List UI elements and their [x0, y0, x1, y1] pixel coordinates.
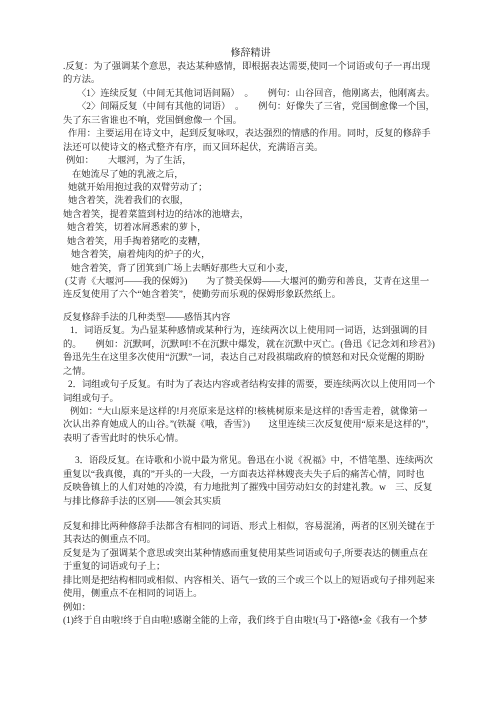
text-line: 反复修辞手法的几种类型——感悟其内容: [63, 312, 438, 325]
text-line: 1．词语反复。为凸显某种感情或某种行为，连续两次以上使用同一词语，达到强调的目: [63, 325, 438, 338]
text-line: 例如：“大山原来是这样的!月亮原来是这样的!核桃树原来是这样的!香雪走着，就像第…: [63, 406, 438, 419]
text-line: 之情。: [63, 366, 438, 379]
text-line: 重复以“我真傻，真的”开头的一大段，一方面表达祥林嫂丧夫失子后的痛苦心情，同时也: [63, 469, 438, 482]
text-line: 连反复使用了六个“她含着笑”，使勤劳而乐观的保姆形象跃然纸上。: [63, 289, 438, 302]
text-line: 她含着笑，洗着我们的衣服，: [63, 195, 438, 208]
text-line: 例如： 大堰河，为了生活，: [63, 155, 438, 168]
text-line: 2．词组或句子反复。有时为了表达内容或者结构安排的需要，要连续两次以上使用同一个: [63, 379, 438, 392]
text-line: 她就开始用抱过我的双臂劳动了；: [63, 182, 438, 195]
document-page: 修辞精讲 .反复：为了强调某个意思，表达某种感情，即根据表达需要,使同一个词语或…: [0, 0, 496, 702]
text-line: 鲁迅先生在这里多次使用“沉默”一词，表达自己对段祺瑞政府的愤怒和对民众觉醒的期盼: [63, 352, 438, 365]
text-line: (1)终于自由啦!终于自由啦!感谢全能的上帝，我们终于自由啦!(马丁•路德•金《…: [63, 615, 438, 628]
text-line: 她含着笑，提着菜篮到村边的结冰的池塘去，: [63, 209, 438, 222]
paragraph-gap: [63, 446, 438, 455]
text-line: 的。 例如：沉默呵，沉默呵!不在沉默中爆发，就在沉默中灭亡。(鲁迅《记念刘和珍君…: [63, 339, 438, 352]
text-line: 〈1〉连续反复（中间无其他词语间隔） 。 例句：山谷回音，他刚离去，他刚离去。: [63, 88, 438, 101]
document-content: 修辞精讲 .反复：为了强调某个意思，表达某种感情，即根据表达需要,使同一个词语或…: [63, 47, 438, 629]
text-line: 反复和排比两种修辞手法都含有相同的词语、形式上相似，容易混淆，两者的区别关键在于: [63, 521, 438, 534]
text-line: 反映鲁镇上的人们对她的冷漠，有力地批判了摧残中国劳动妇女的封建礼教。w 三、反复: [63, 482, 438, 495]
text-line: 她含着笑，扇着炖肉的炉子的火，: [63, 249, 438, 262]
text-line: 法还可以使诗文的格式整齐有序，而又回环起伏，充满语言美。: [63, 142, 438, 155]
text-line: 使用，侧重点不在相同的词语上。: [63, 588, 438, 601]
text-line: 排比则是把结构相同或相似、内容相关、语气一致的三个或三个以上的短语或句子排列起来: [63, 575, 438, 588]
paragraph-gap: [63, 303, 438, 312]
text-line: 的方法。: [63, 74, 438, 87]
text-line: 她含着笑，用手掏着猪吃的麦糟，: [63, 236, 438, 249]
text-line: 作用：主要运用在诗文中，起到反复咏叹，表达强烈的情感的作用。同时，反复的修辞手: [63, 128, 438, 141]
text-line: 3．语段反复。在诗歌和小说中最为常见。鲁迅在小说《祝福》中，不惜笔墨、连续两次: [63, 455, 438, 468]
text-line: 反复是为了强调某个意思或突出某种情感而重复使用某些词语或句子,所要表达的侧重点在: [63, 548, 438, 561]
text-line: 词组或句子。: [63, 393, 438, 406]
text-line: 在她流尽了她的乳液之后，: [63, 169, 438, 182]
text-line: .反复：为了强调某个意思，表达某种感情，即根据表达需要,使同一个词语或句子一再出…: [63, 61, 438, 74]
text-line: 她含着笑，切着冰屑悉索的萝卜，: [63, 222, 438, 235]
text-line: 其表达的侧重点不同。: [63, 534, 438, 547]
text-line: 与排比修辞手法的区别——领会其实质: [63, 496, 438, 509]
document-title: 修辞精讲: [63, 47, 438, 61]
text-line: 失了东三省谁也不响，党国倒愈像一 个国。: [63, 115, 438, 128]
paragraph-gap: [63, 509, 438, 521]
text-line: (艾青《大堰河——我的保姆》) 为了赞美保姆——大堰河的勤劳和善良，艾青在这里一: [63, 276, 438, 289]
text-line: 〈2〉间隔反复（中间有其他的词语） 。 例句：好像失了三省，党国倒愈像一个国，: [63, 101, 438, 114]
text-line: 于重复的词语或句子上；: [63, 561, 438, 574]
text-line: 次认出养育她成人的山谷。”(铁凝《哦，香雪》) 这里连续三次反复使用“原来是这样…: [63, 419, 438, 432]
text-line: 表明了香雪此时的快乐心情。: [63, 433, 438, 446]
text-line: 她含着笑，背了团箕到广场上去晒好那些大豆和小麦，: [63, 263, 438, 276]
text-line: 例如：: [63, 602, 438, 615]
document-body: .反复：为了强调某个意思，表达某种感情，即根据表达需要,使同一个词语或句子一再出…: [63, 61, 438, 629]
